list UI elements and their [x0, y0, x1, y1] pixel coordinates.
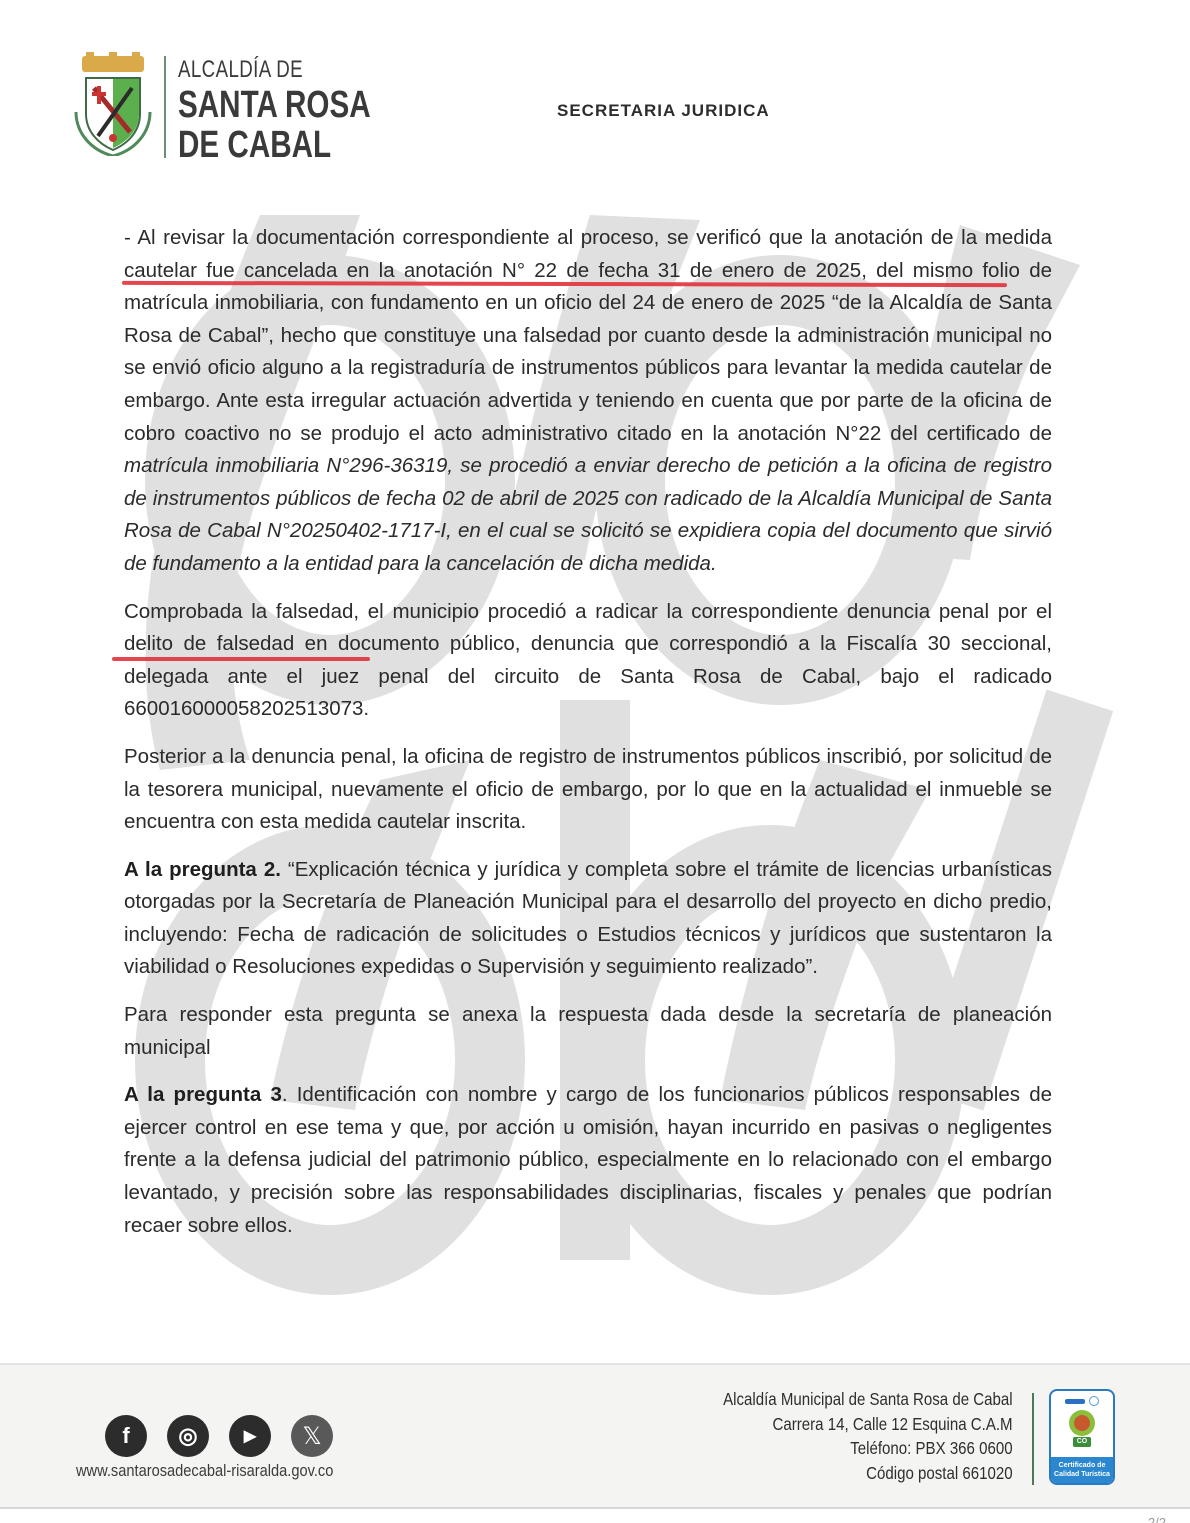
- contact-address: Carrera 14, Calle 12 Esquina C.A.M: [724, 1412, 1013, 1437]
- badge-text: Certificado de Calidad Turística: [1051, 1457, 1113, 1483]
- question-3-label: A la pregunta 3: [124, 1083, 282, 1106]
- contact-name: Alcaldía Municipal de Santa Rosa de Caba…: [724, 1387, 1013, 1412]
- tourism-quality-badge: CO Certificado de Calidad Turística: [1049, 1389, 1115, 1485]
- municipality-wordmark: ALCALDÍA DE SANTA ROSA DE CABAL: [178, 58, 371, 164]
- wordmark-line-2: SANTA ROSA: [178, 86, 371, 124]
- footer-divider: [1032, 1393, 1034, 1485]
- wordmark-line-3: DE CABAL: [178, 126, 371, 164]
- badge-co-label: CO: [1073, 1437, 1091, 1447]
- contact-phone: Teléfono: PBX 366 0600: [724, 1436, 1013, 1461]
- logo-divider: [164, 56, 166, 158]
- department-title: SECRETARIA JURIDICA: [557, 101, 770, 121]
- document-header: ALCALDÍA DE SANTA ROSA DE CABAL SECRETAR…: [0, 0, 1190, 180]
- paragraph-question-2: A la pregunta 2. “Explicación técnica y …: [124, 854, 1052, 984]
- wordmark-line-1: ALCALDÍA DE: [178, 58, 371, 82]
- website-link[interactable]: www.santarosadecabal-risaralda.gov.co: [76, 1461, 333, 1481]
- social-links: f ◎ ▶ 𝕏: [105, 1415, 333, 1457]
- page-number: 2/2: [1148, 1515, 1166, 1523]
- red-underline-annotation-2: [112, 657, 370, 661]
- x-icon[interactable]: 𝕏: [291, 1415, 333, 1457]
- document-body: - Al revisar la documentación correspond…: [124, 222, 1052, 1257]
- paragraph-text: - Al revisar la documentación correspond…: [124, 226, 1052, 445]
- paragraph-question-3: A la pregunta 3. Identificación con nomb…: [124, 1079, 1052, 1242]
- paragraph-reinscription: Posterior a la denuncia penal, la oficin…: [124, 741, 1052, 839]
- paragraph-italic-text: matrícula inmobiliaria N°296-36319, se p…: [124, 454, 1052, 575]
- youtube-icon[interactable]: ▶: [229, 1415, 271, 1457]
- document-footer: f ◎ ▶ 𝕏 www.santarosadecabal-risaralda.g…: [0, 1363, 1190, 1509]
- instagram-icon[interactable]: ◎: [167, 1415, 209, 1457]
- question-3-text: . Identificación con nombre y cargo de l…: [124, 1083, 1052, 1236]
- question-2-label: A la pregunta 2.: [124, 858, 281, 881]
- facebook-icon[interactable]: f: [105, 1415, 147, 1457]
- paragraph-question-2-answer: Para responder esta pregunta se anexa la…: [124, 999, 1052, 1064]
- contact-postal: Código postal 661020: [724, 1461, 1013, 1486]
- municipal-crest-logo: [72, 52, 154, 156]
- contact-info: Alcaldía Municipal de Santa Rosa de Caba…: [676, 1387, 1013, 1485]
- paragraph-annotation-cancellation: - Al revisar la documentación correspond…: [124, 222, 1052, 581]
- quality-seal-icon: [1069, 1410, 1095, 1436]
